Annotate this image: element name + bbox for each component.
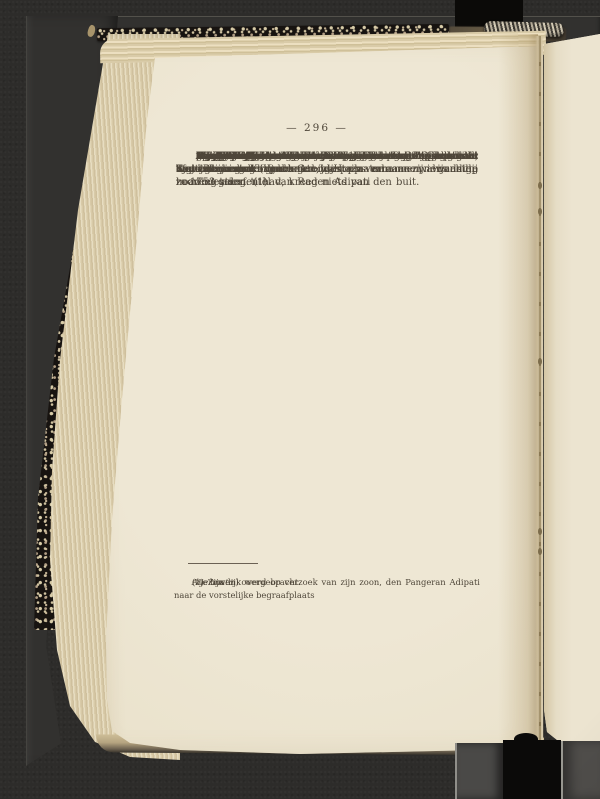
binding-stitch — [538, 528, 542, 535]
binding-stitch — [538, 208, 542, 215]
binding-stitch — [538, 358, 542, 365]
cradle-bar-right — [561, 741, 600, 799]
gutter-shadow — [498, 34, 538, 746]
cradle-gap — [503, 740, 561, 799]
facing-page-edge — [544, 28, 600, 746]
gutter-crease-line — [539, 36, 541, 744]
text-segment: (zie boven) overgebracht. — [174, 576, 301, 589]
page-number: — 296 — — [156, 122, 478, 134]
text-segment: In 1761 verkreeg hij den titel van Panem… — [176, 151, 478, 177]
binding-stitch — [538, 182, 542, 189]
binding-stitch — [538, 548, 542, 555]
cradle-gap-notch — [514, 733, 538, 745]
footnote-rule — [188, 563, 258, 564]
book-scan-photo: — 296 — Hij toch die de Compagnie kracht… — [0, 0, 600, 799]
cradle-bar-left — [455, 743, 503, 799]
book-page — [85, 28, 543, 764]
